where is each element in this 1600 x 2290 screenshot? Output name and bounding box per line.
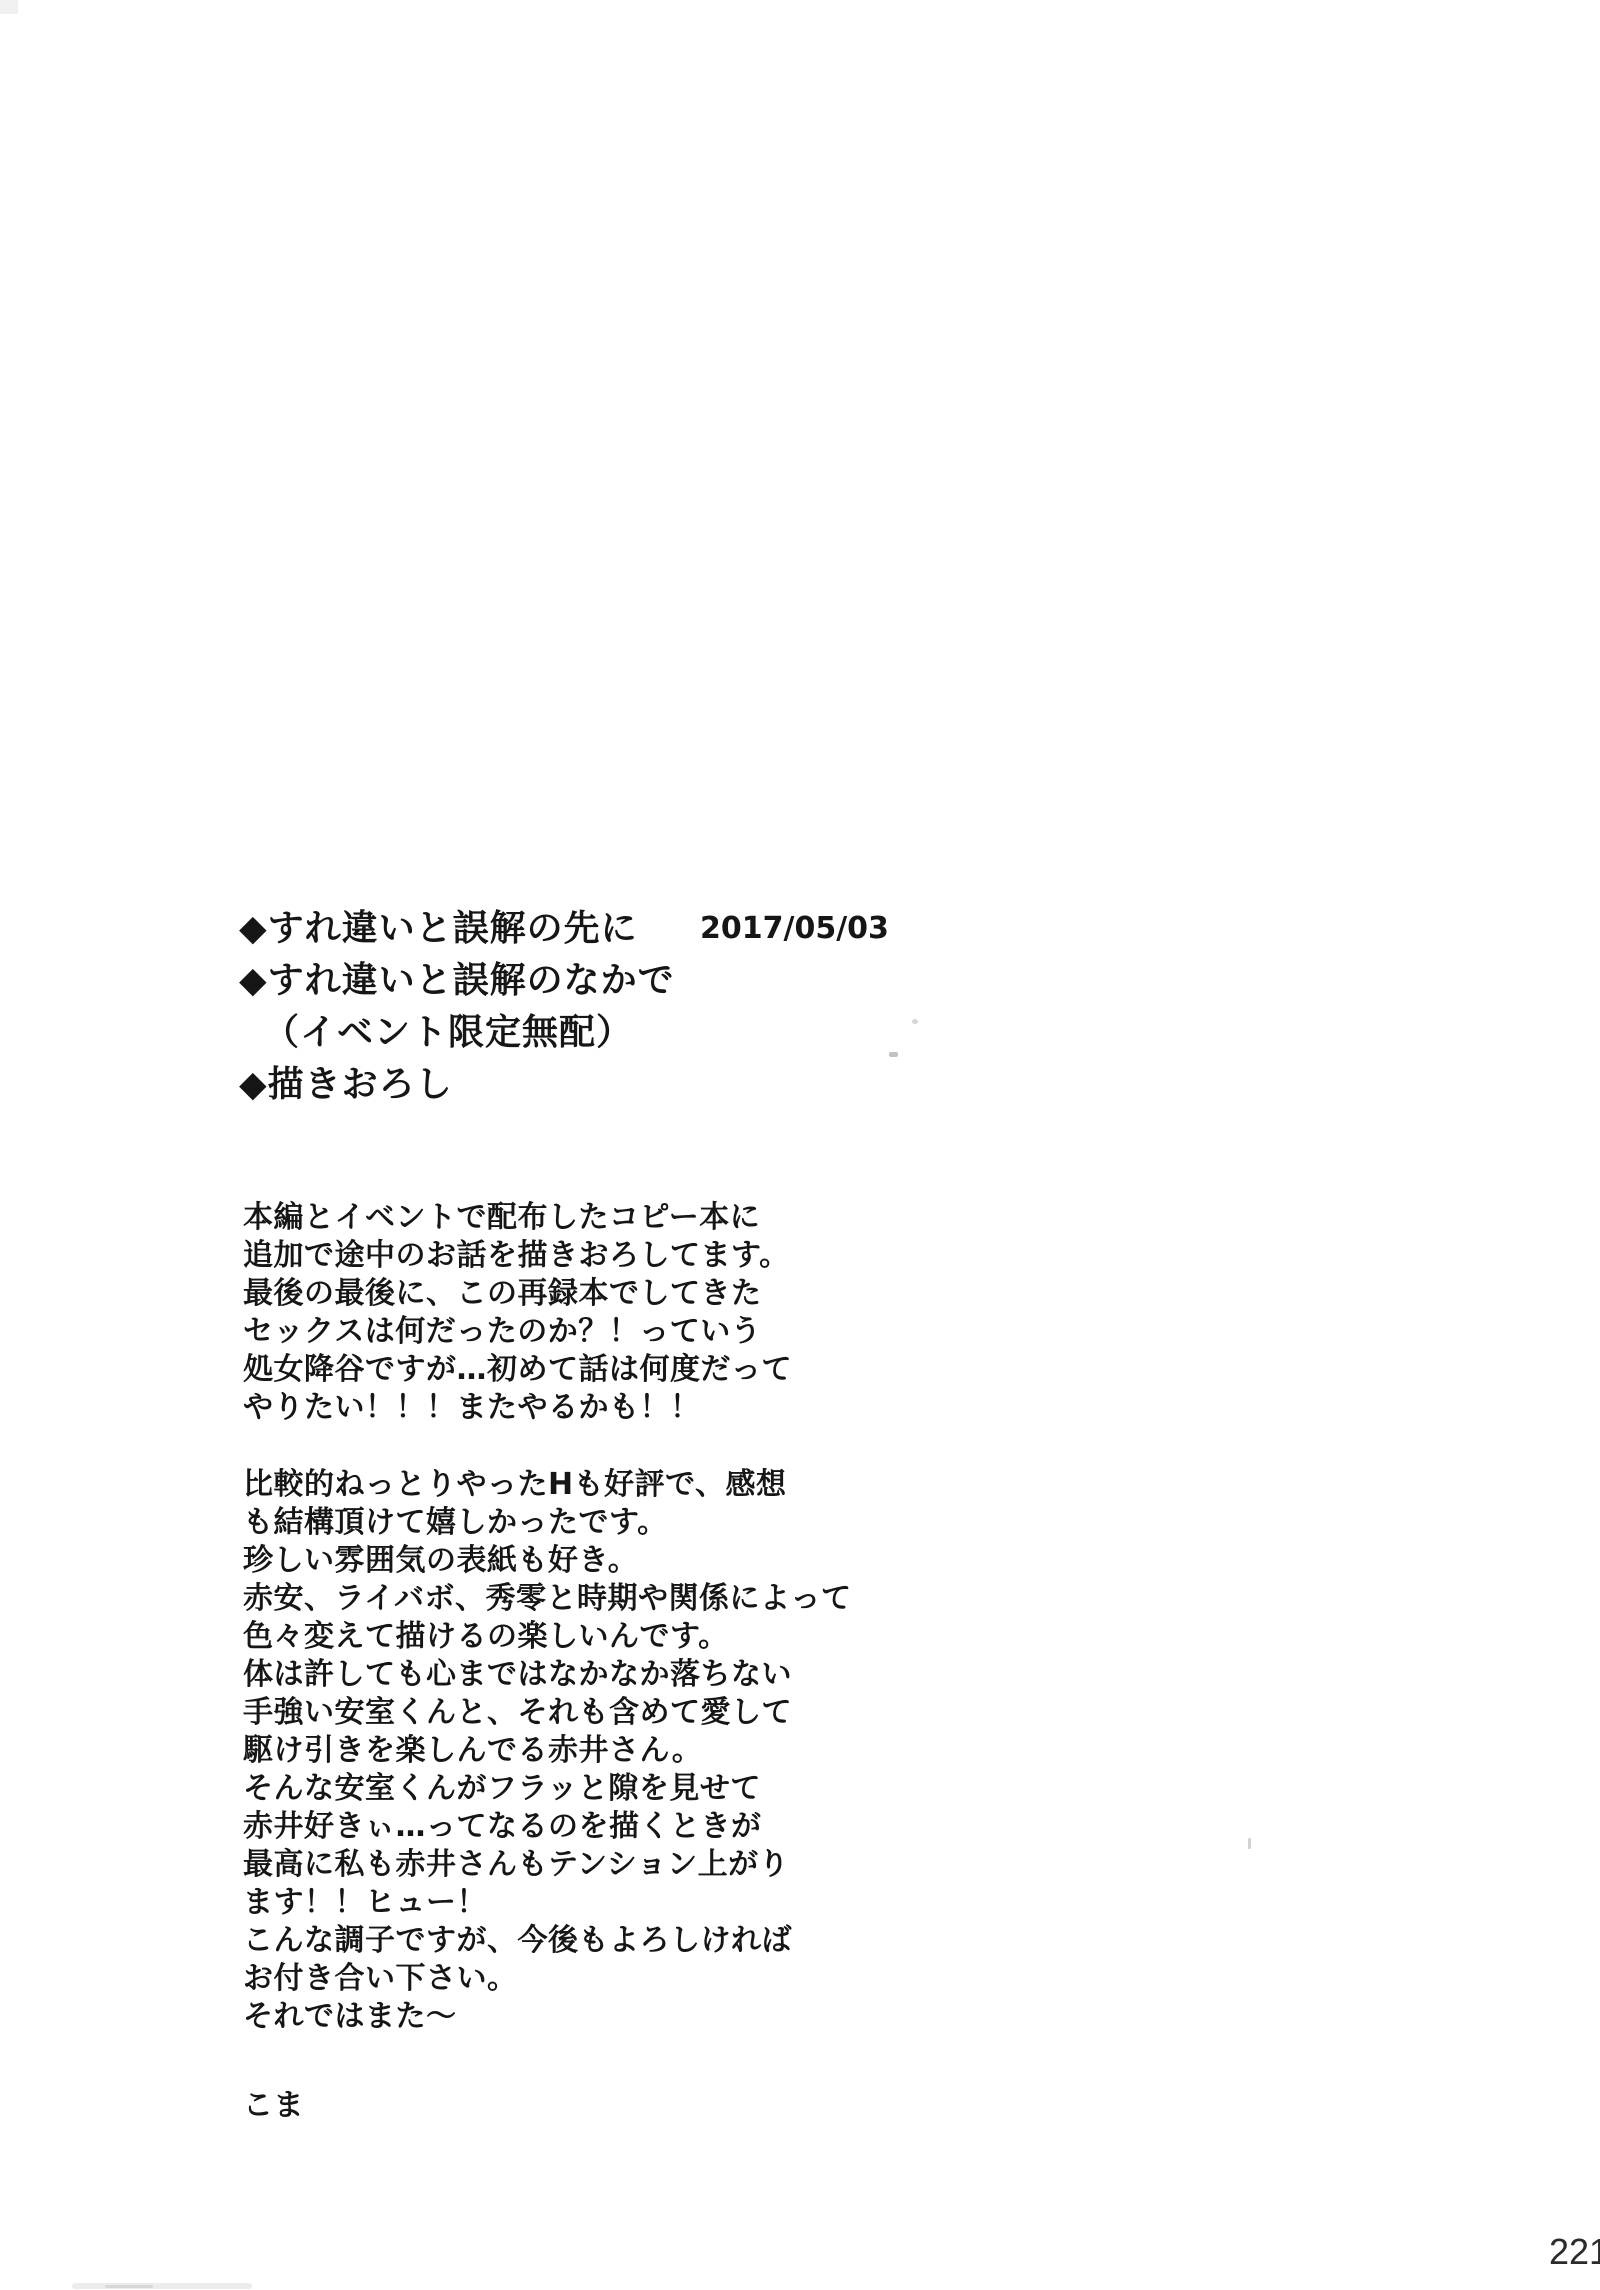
text-line: 本編とイベントで配布したコピー本に — [243, 1199, 1063, 1237]
title-text: ◆すれ違いと誤解の先に — [239, 908, 638, 949]
text-line: 比較的ねっとりやったHも好評で、感想 — [243, 1466, 1063, 1504]
title-text: ◆すれ違いと誤解のなかで — [239, 960, 675, 1001]
scan-smudge — [0, 0, 18, 14]
text-line: 赤井好きぃ…ってなるのを描くときが — [243, 1808, 1063, 1846]
text-line: 追加で途中のお話を描きおろしてます。 — [243, 1237, 1063, 1275]
afterword-body: 本編とイベントで配布したコピー本に 追加で途中のお話を描きおろしてます。 最後の… — [243, 1165, 1063, 2125]
text-line: ます！！ヒュー！ — [243, 1884, 1063, 1922]
title-text: ◆描きおろし — [239, 1064, 453, 1105]
text-line: それではまた〜 — [243, 1998, 1063, 2036]
scan-speck — [889, 1052, 898, 1057]
afterword-title-block: ◆すれ違いと誤解の先に 2017/05/03 ◆すれ違いと誤解のなかで （イベン… — [239, 903, 675, 1111]
title-line: ◆すれ違いと誤解の先に 2017/05/03 — [239, 903, 675, 955]
text-line: お付き合い下さい。 — [243, 1960, 1063, 1998]
scan-smudge — [105, 2285, 153, 2288]
scan-speck — [912, 1019, 918, 1024]
text-line: 体は許しても心まではなかなか落ちない — [243, 1656, 1063, 1694]
text-line: やりたい！！！またやるかも！！ — [243, 1389, 1063, 1427]
text-line: 処女降谷ですが…初めて話は何度だって — [243, 1351, 1063, 1389]
text-line: そんな安室くんがフラッと隙を見せて — [243, 1770, 1063, 1808]
text-line: こんな調子ですが、今後もよろしければ — [243, 1922, 1063, 1960]
text-line: 最高に私も赤井さんもテンション上がり — [243, 1846, 1063, 1884]
page-number: 221 — [1549, 2234, 1600, 2270]
text-line: セックスは何だったのか？！っていう — [243, 1313, 1063, 1351]
author-signature: こま — [243, 2087, 1063, 2125]
scan-smudge — [72, 2283, 252, 2289]
text-line: 手強い安室くんと、それも含めて愛して — [243, 1694, 1063, 1732]
text-line: も結構頂けて嬉しかったです。 — [243, 1504, 1063, 1542]
text-line: 赤安、ライバボ、秀零と時期や関係によって — [243, 1580, 1063, 1618]
title-line: ◆すれ違いと誤解のなかで — [239, 955, 675, 1007]
title-line-subnote: （イベント限定無配） — [239, 1007, 675, 1059]
title-line: ◆描きおろし — [239, 1059, 675, 1111]
text-line: 色々変えて描けるの楽しいんです。 — [243, 1618, 1063, 1656]
text-line: 珍しい雰囲気の表紙も好き。 — [243, 1542, 1063, 1580]
scan-speck — [1248, 1838, 1251, 1849]
text-line: 最後の最後に、この再録本でしてきた — [243, 1275, 1063, 1313]
title-text: （イベント限定無配） — [263, 1012, 633, 1053]
title-date: 2017/05/03 — [700, 912, 889, 945]
text-line: 駆け引きを楽しんでる赤井さん。 — [243, 1732, 1063, 1770]
scanned-afterword-page: ◆すれ違いと誤解の先に 2017/05/03 ◆すれ違いと誤解のなかで （イベン… — [0, 0, 1600, 2290]
